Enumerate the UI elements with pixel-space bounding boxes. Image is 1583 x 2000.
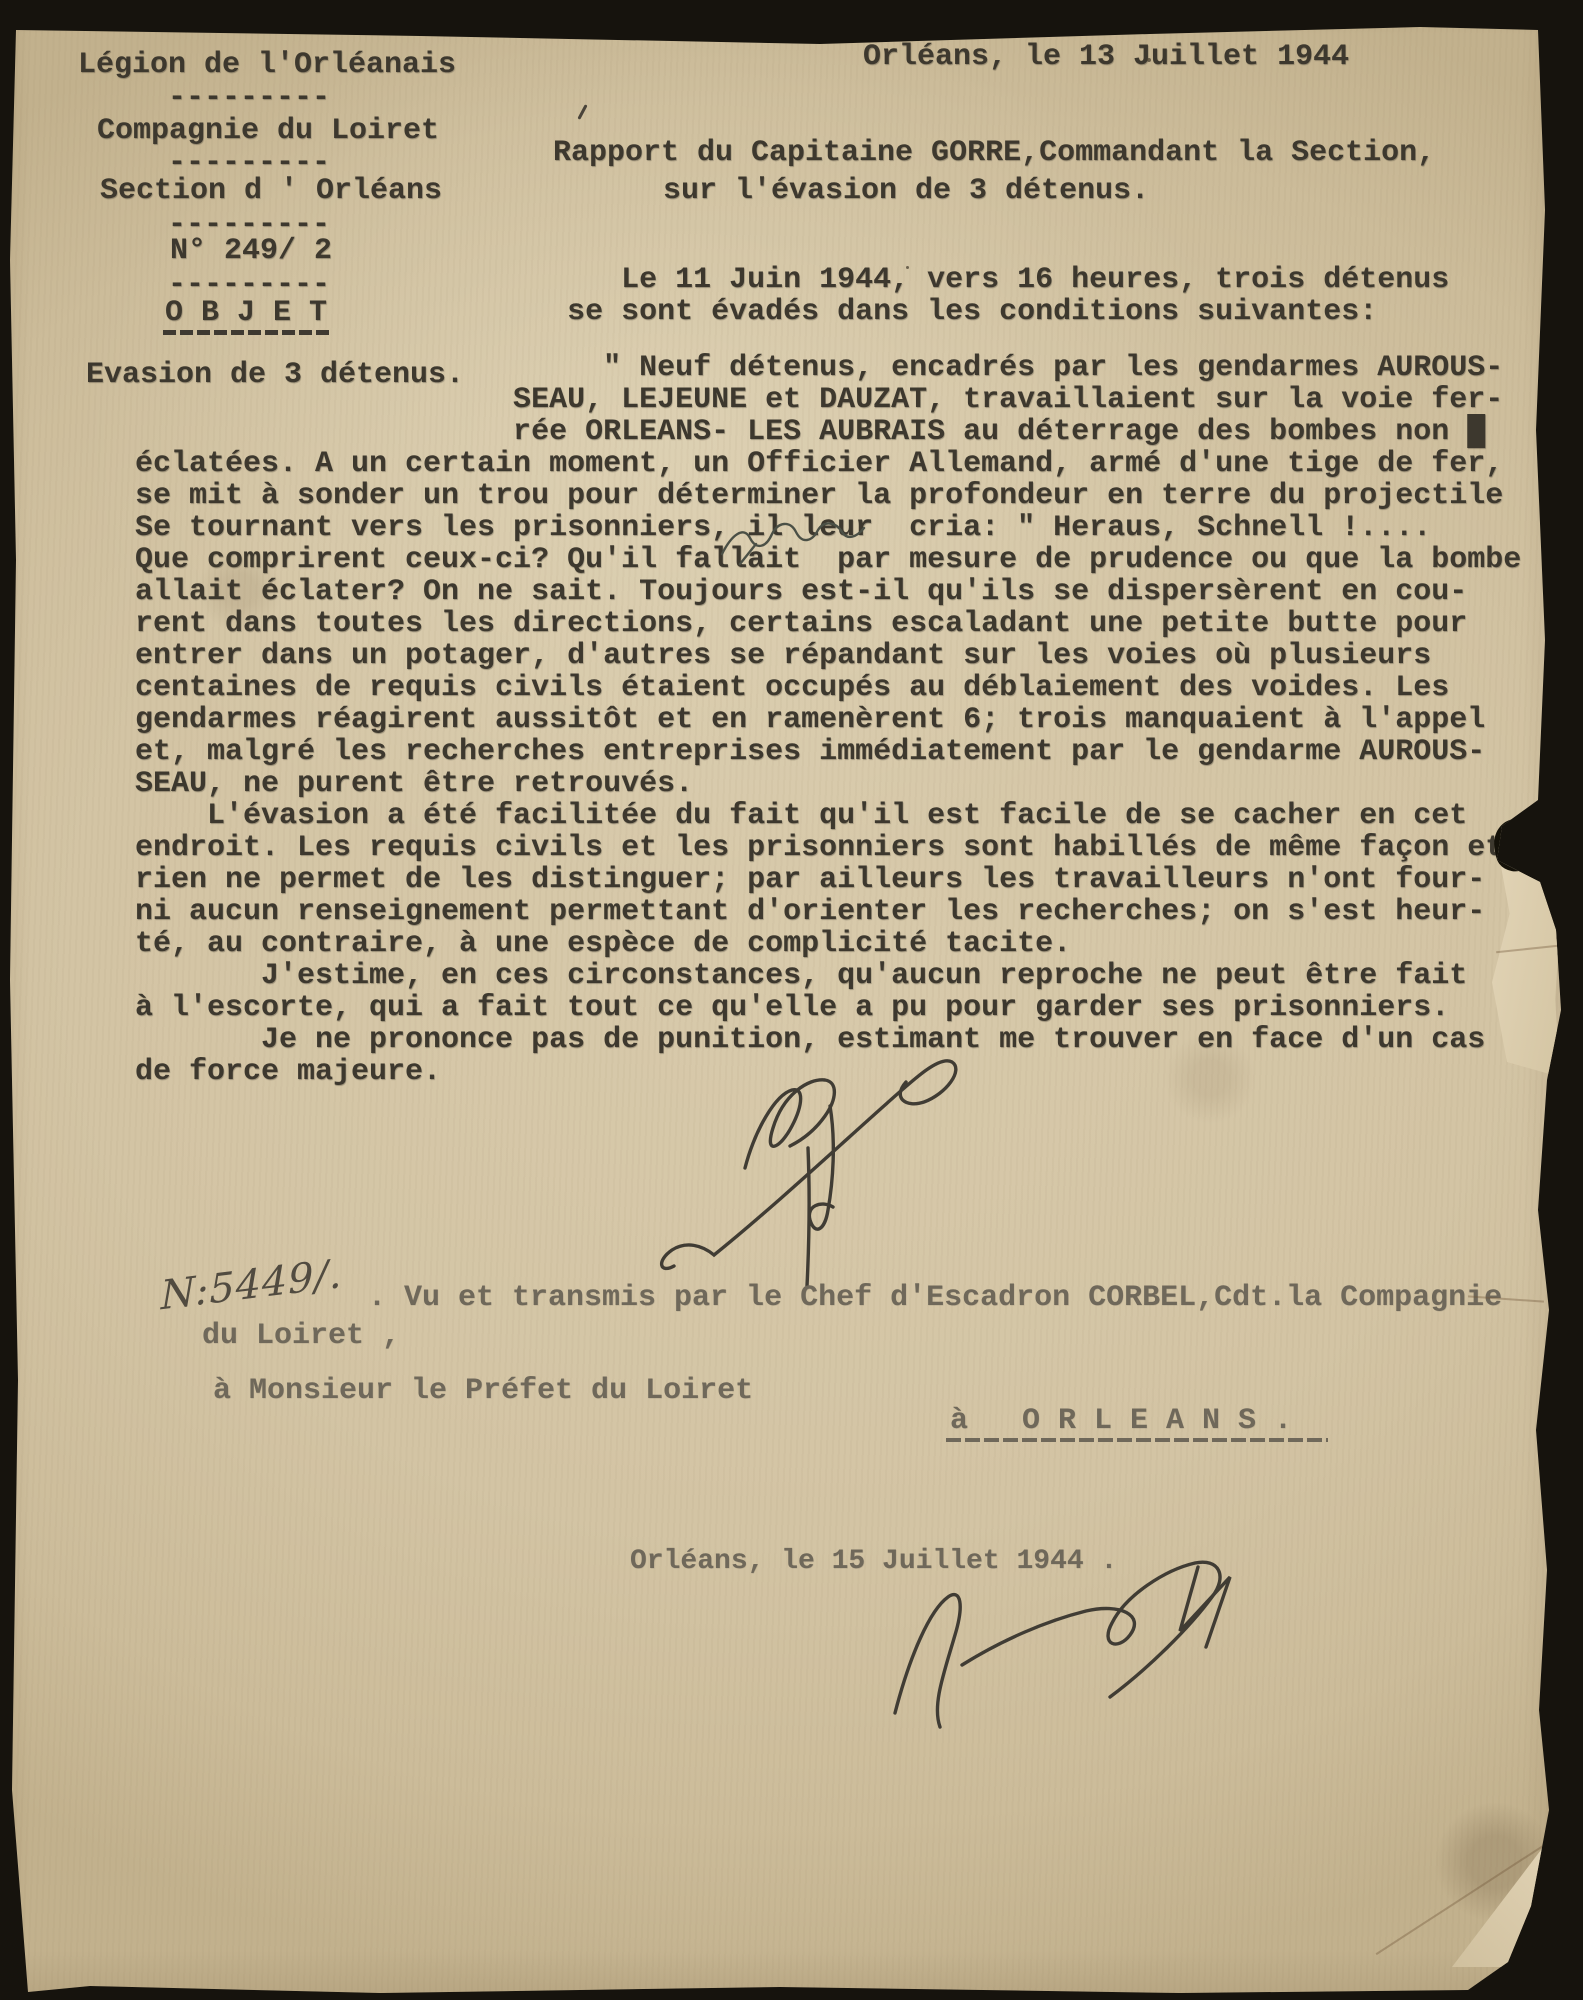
intro-paragraph: Le 11 Juin 1944, vers 16 heures, trois d… — [135, 264, 1449, 328]
transmittal-line1: . Vu et transmis par le Chef d'Escadron … — [368, 1283, 1502, 1313]
letterhead-divider: --------- — [168, 83, 330, 113]
report-title-line1: Rapport du Capitaine GORRE,Commandant la… — [553, 138, 1435, 168]
document-page: Légion de l'Orléanais --------- Compagni… — [0, 0, 1583, 2000]
report-body: " Neuf détenus, encadrés par les gendarm… — [135, 352, 1521, 1088]
ink-speck — [906, 266, 909, 269]
letterhead-unit: Légion de l'Orléanais — [78, 50, 456, 80]
ink-speck — [1262, 712, 1265, 715]
place-underline — [946, 1438, 1328, 1442]
transmittal-addressee: à Monsieur le Préfet du Loiret — [213, 1376, 753, 1406]
crease-line — [1376, 1831, 1566, 1955]
reference-number-annotation: N:5449/. — [160, 1251, 342, 1320]
transmittal-line2: du Loiret , — [202, 1321, 400, 1351]
photo-background: Légion de l'Orléanais --------- Compagni… — [0, 0, 1583, 2000]
commander-signature — [800, 1535, 1260, 1745]
letterhead-number: N° 249/ 2 — [170, 236, 332, 266]
ink-mark — [577, 104, 587, 120]
ink-speck — [1147, 58, 1151, 62]
letterhead-section: Section d ' Orléans — [100, 176, 442, 206]
dog-ear-fold — [1452, 1842, 1547, 1967]
report-dateline: Orléans, le 13 Juillet 1944 — [863, 42, 1349, 72]
handwritten-insertion — [712, 512, 872, 567]
letterhead-company: Compagnie du Loiret — [97, 116, 439, 146]
transmittal-place: à O R L E A N S . — [950, 1406, 1292, 1436]
objet-underline — [163, 330, 331, 335]
report-title-line2: sur l'évasion de 3 détenus. — [663, 176, 1149, 206]
